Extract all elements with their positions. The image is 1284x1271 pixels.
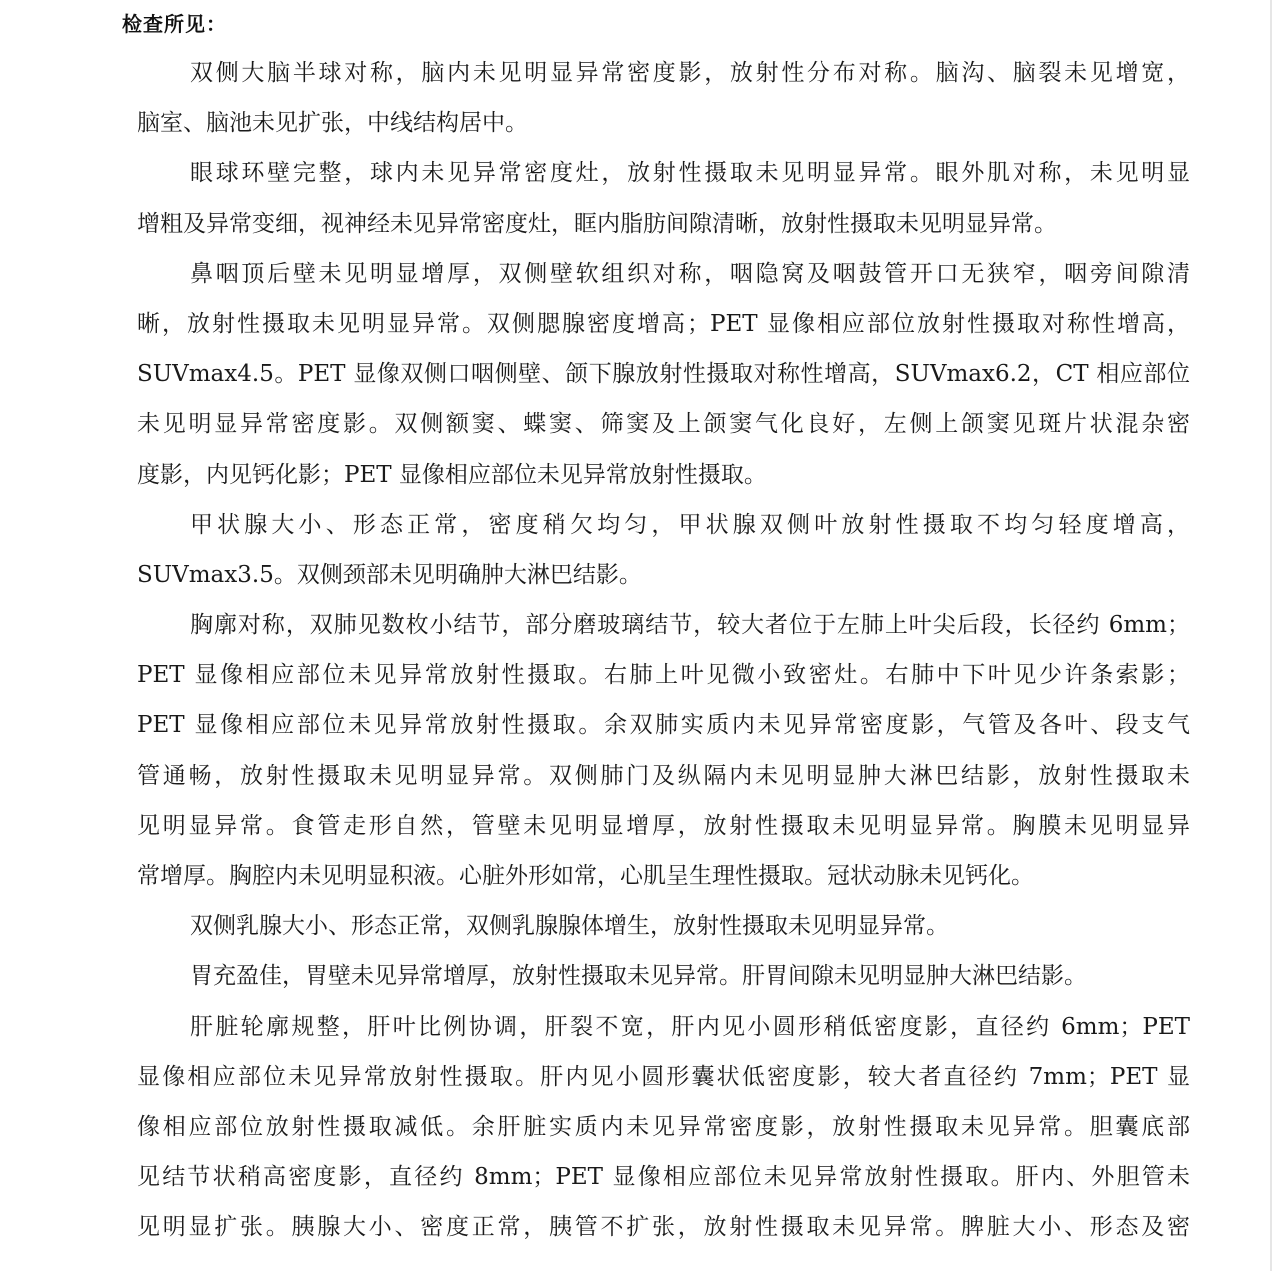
text-line: 晰，放射性摄取未见明显异常。双侧腮腺密度增高；PET 显像相应部位放射性摄取对称… (137, 306, 1190, 356)
text-line: 脑室、脑池未见扩张，中线结构居中。 (137, 105, 1190, 155)
text-line: 双侧乳腺大小、形态正常，双侧乳腺腺体增生，放射性摄取未见明显异常。 (137, 908, 1190, 958)
text-line: 常增厚。胸腔内未见明显积液。心脏外形如常，心肌呈生理性摄取。冠状动脉未见钙化。 (137, 858, 1190, 908)
text-line: 见结节状稍高密度影，直径约 8mm；PET 显像相应部位未见异常放射性摄取。肝内… (137, 1159, 1190, 1209)
text-line: 增粗及异常变细，视神经未见异常密度灶，眶内脂肪间隙清晰，放射性摄取未见明显异常。 (137, 206, 1190, 256)
text-line: SUVmax4.5。PET 显像双侧口咽侧壁、颌下腺放射性摄取对称性增高，SUV… (137, 356, 1190, 406)
report-page: 检查所见： 双侧大脑半球对称，脑内未见明显异常密度影，放射性分布对称。脑沟、脑裂… (0, 0, 1272, 1271)
findings-body: 双侧大脑半球对称，脑内未见明显异常密度影，放射性分布对称。脑沟、脑裂未见增宽， … (137, 55, 1197, 1260)
text-line: 胃充盈佳，胃壁未见异常增厚，放射性摄取未见异常。肝胃间隙未见明显肿大淋巴结影。 (137, 958, 1190, 1008)
paragraph-thyroid-neck: 甲状腺大小、形态正常，密度稍欠均匀，甲状腺双侧叶放射性摄取不均匀轻度增高， SU… (137, 507, 1197, 607)
paragraph-chest: 胸廓对称，双肺见数枚小结节，部分磨玻璃结节，较大者位于左肺上叶尖后段，长径约 6… (137, 607, 1197, 908)
section-heading-findings: 检查所见： (122, 8, 227, 37)
text-line: 眼球环壁完整，球内未见异常密度灶，放射性摄取未见明显异常。眼外肌对称，未见明显 (137, 155, 1190, 205)
paragraph-stomach: 胃充盈佳，胃壁未见异常增厚，放射性摄取未见异常。肝胃间隙未见明显肿大淋巴结影。 (137, 958, 1197, 1008)
text-line: SUVmax3.5。双侧颈部未见明确肿大淋巴结影。 (137, 557, 1190, 607)
paragraph-breast: 双侧乳腺大小、形态正常，双侧乳腺腺体增生，放射性摄取未见明显异常。 (137, 908, 1197, 958)
text-line: 肝脏轮廓规整，肝叶比例协调，肝裂不宽，肝内见小圆形稍低密度影，直径约 6mm；P… (137, 1009, 1190, 1059)
text-line: 甲状腺大小、形态正常，密度稍欠均匀，甲状腺双侧叶放射性摄取不均匀轻度增高， (137, 507, 1190, 557)
text-line: 见明显扩张。胰腺大小、密度正常，胰管不扩张，放射性摄取未见异常。脾脏大小、形态及… (137, 1209, 1190, 1259)
text-line: 管通畅，放射性摄取未见明显异常。双侧肺门及纵隔内未见明显肿大淋巴结影，放射性摄取… (137, 758, 1190, 808)
text-line: 见明显异常。食管走形自然，管壁未见明显增厚，放射性摄取未见明显异常。胸膜未见明显… (137, 808, 1190, 858)
paragraph-brain: 双侧大脑半球对称，脑内未见明显异常密度影，放射性分布对称。脑沟、脑裂未见增宽， … (137, 55, 1197, 155)
text-line: 像相应部位放射性摄取减低。余肝脏实质内未见异常密度影，放射性摄取未见异常。胆囊底… (137, 1109, 1190, 1159)
text-line: PET 显像相应部位未见异常放射性摄取。右肺上叶见微小致密灶。右肺中下叶见少许条… (137, 657, 1190, 707)
paragraph-liver-gallbladder-pancreas: 肝脏轮廓规整，肝叶比例协调，肝裂不宽，肝内见小圆形稍低密度影，直径约 6mm；P… (137, 1009, 1197, 1260)
text-line: 度影，内见钙化影；PET 显像相应部位未见异常放射性摄取。 (137, 457, 1190, 507)
text-line: 未见明显异常密度影。双侧额窦、蝶窦、筛窦及上颌窦气化良好，左侧上颌窦见斑片状混杂… (137, 406, 1190, 456)
text-line: PET 显像相应部位未见异常放射性摄取。余双肺实质内未见异常密度影，气管及各叶、… (137, 707, 1190, 757)
text-line: 双侧大脑半球对称，脑内未见明显异常密度影，放射性分布对称。脑沟、脑裂未见增宽， (137, 55, 1190, 105)
text-line: 显像相应部位未见异常放射性摄取。肝内见小圆形囊状低密度影，较大者直径约 7mm；… (137, 1059, 1190, 1109)
paragraph-orbit: 眼球环壁完整，球内未见异常密度灶，放射性摄取未见明显异常。眼外肌对称，未见明显 … (137, 155, 1197, 255)
paragraph-nasopharynx-sinus: 鼻咽顶后壁未见明显增厚，双侧壁软组织对称，咽隐窝及咽鼓管开口无狭窄，咽旁间隙清 … (137, 256, 1197, 507)
text-line: 胸廓对称，双肺见数枚小结节，部分磨玻璃结节，较大者位于左肺上叶尖后段，长径约 6… (137, 607, 1190, 657)
text-line: 鼻咽顶后壁未见明显增厚，双侧壁软组织对称，咽隐窝及咽鼓管开口无狭窄，咽旁间隙清 (137, 256, 1190, 306)
